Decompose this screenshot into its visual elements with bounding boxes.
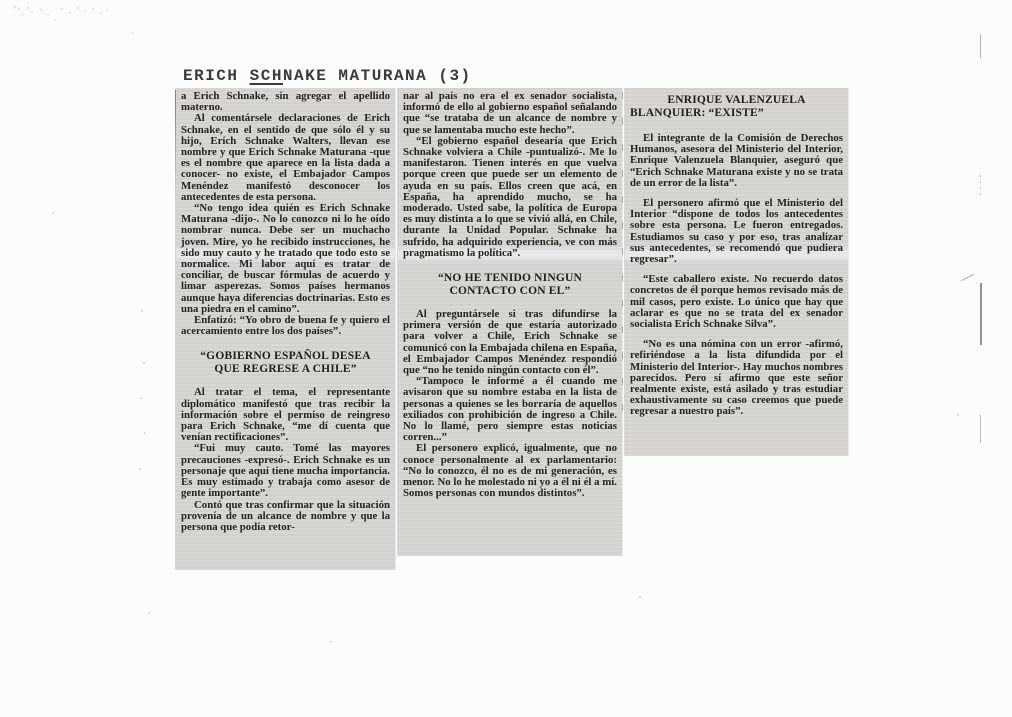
pencil-smudge-mark [14,6,16,8]
scanned-newspaper-page: ERICH SCHNAKE MATURANA (3) a Erich Schna… [0,0,1012,717]
section-heading: ENRIQUE VALENZUELA BLANQUIER: “EXISTE” [630,94,843,120]
paragraph: nar al país no era el ex senador sociali… [403,91,617,136]
scan-line-artifact [980,34,981,58]
paragraph: “Este caballero existe. No recuerdo dato… [630,274,843,330]
paper-speck [141,310,143,312]
section-heading: “NO HE TENIDO NINGUN CONTACTO CON EL” [403,272,617,298]
paper-speck [52,212,54,214]
paragraph: a Erich Schnake, sin agregar el apellido… [181,91,390,113]
page-title: ERICH SCHNAKE MATURANA (3) [183,66,472,86]
section-heading-line: QUE REGRESE A CHILE” [181,363,390,376]
article-column-2: nar al país no era el ex senador sociali… [398,88,622,556]
scan-line-artifact [980,415,981,443]
paragraph: El personero explicó, igualmente, que no… [403,443,617,499]
scan-line-artifact [980,283,982,345]
scan-dots-artifact [980,175,981,197]
paragraph: “No tengo idea quién es Erich Schnake Ma… [181,203,390,315]
paragraph: El personero afirmó que el Ministerio de… [630,198,843,265]
section-heading-line: “GOBIERNO ESPAÑOL DESEA [181,350,390,363]
section-heading-line: BLANQUIER: “EXISTE” [630,107,843,120]
section-heading-line: “NO HE TENIDO NINGUN [403,272,617,285]
article-column-3: ENRIQUE VALENZUELA BLANQUIER: “EXISTE” E… [625,88,848,456]
paper-speck [330,641,332,643]
paragraph: Enfatizó: “Yo obro de buena fe y quiero … [181,315,390,337]
paragraph: Al tratar el tema, el representante dipl… [181,387,390,443]
section-heading-line: ENRIQUE VALENZUELA [630,94,843,107]
paragraph: El integrante de la Comisión de Derechos… [630,133,843,189]
paragraph: Contó que tras confirmar que la situació… [181,500,390,534]
paper-speck [139,468,141,470]
section-heading: “GOBIERNO ESPAÑOL DESEA QUE REGRESE A CH… [181,350,390,376]
page-title-part1: ERICH [183,67,250,85]
paragraph: “Tampoco le informé a él cuando me avisa… [403,376,617,443]
paragraph: Al preguntársele si tras difundirse la p… [403,309,617,376]
paper-speck [140,397,142,399]
paragraph: “No es una nómina con un error -afirmó, … [630,339,843,417]
article-column-1: a Erich Schnake, sin agregar el apellido… [176,88,395,570]
paragraph: Al comentársele declaraciones de Erich S… [181,113,390,203]
page-title-underlined: SCH [250,67,283,85]
paragraph: “Fui muy cauto. Tomé las mayores precauc… [181,443,390,499]
paper-speck [143,362,145,364]
paper-speck [639,596,641,598]
paragraph: “El gobierno español desearía que Erich … [403,136,617,259]
paper-speck [148,612,150,614]
clipping-edge-dashes [622,92,623,422]
paper-speck [957,414,959,416]
pencil-tick-mark [960,273,976,282]
paper-speck [144,432,146,434]
page-title-part3: NAKE MATURANA (3) [283,67,472,85]
section-heading-line: CONTACTO CON EL” [403,285,617,298]
